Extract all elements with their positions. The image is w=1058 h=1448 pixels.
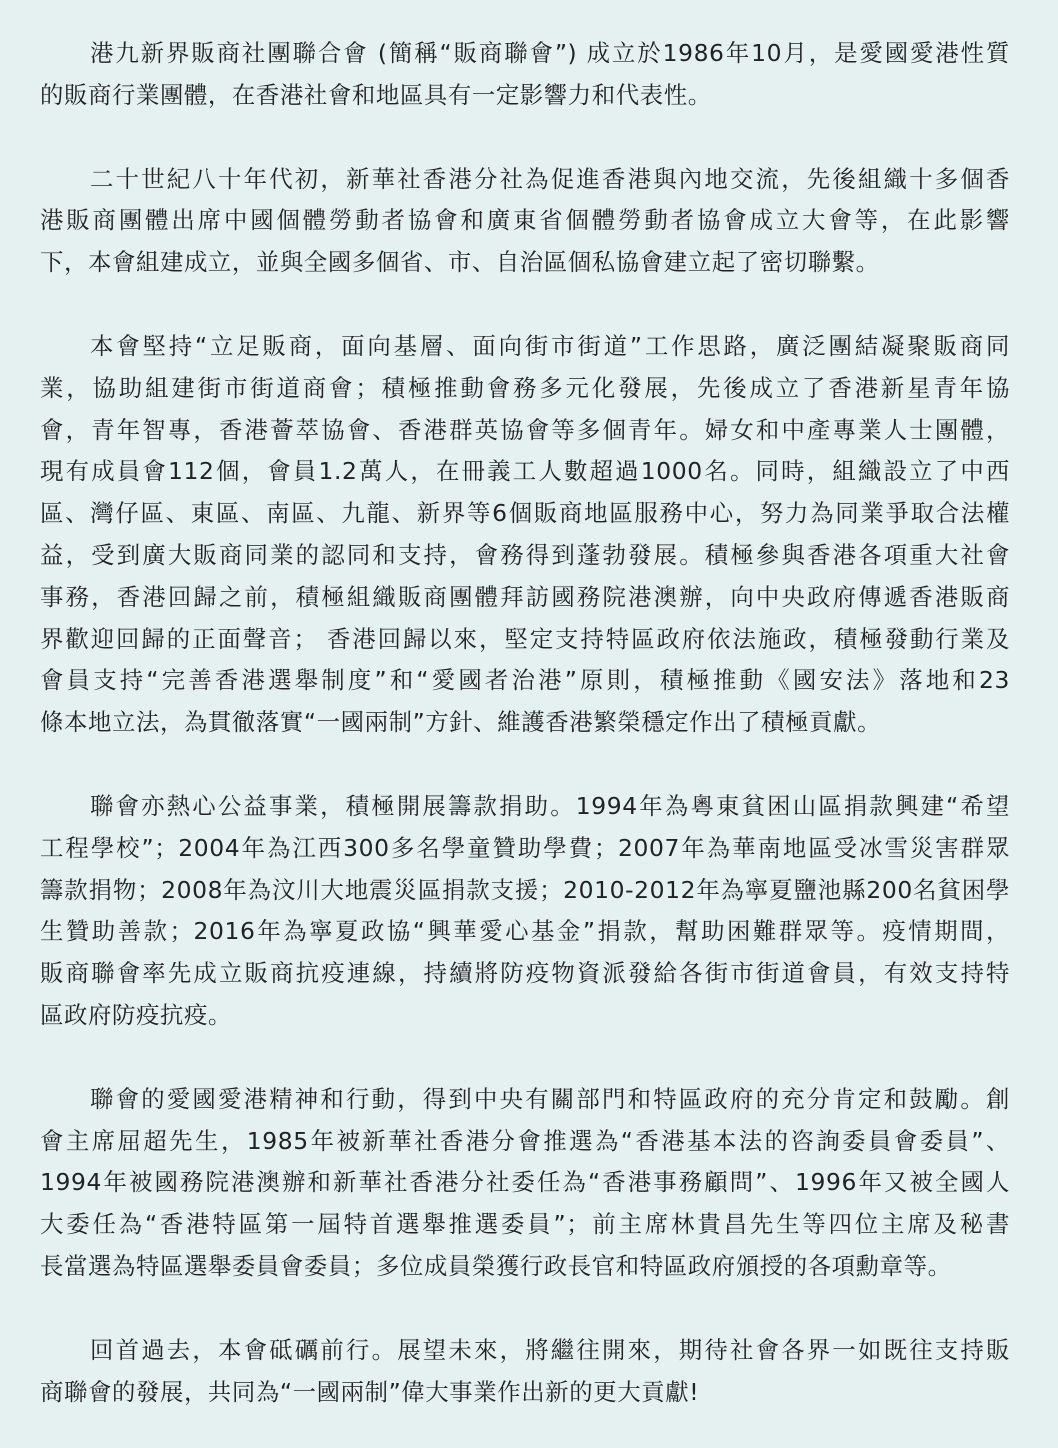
text-line: 益，受到廣大販商同業的認同和支持，會務得到蓬勃發展。積極參與香港各項重大社會: [40, 535, 1010, 577]
paragraph-founding: 港九新界販商社團聯合會 (簡稱“販商聯會”) 成立於1986年10月，是愛國愛港…: [40, 33, 1010, 117]
text-line: 會員支持“完善香港選舉制度”和“愛國者治港”原則，積極推動《國安法》落地和23: [40, 660, 1010, 702]
text-line: 業，協助組建街市街道商會；積極推動會務多元化發展，先後成立了香港新星青年協: [40, 368, 1010, 410]
paragraph-history: 二十世紀八十年代初，新華社香港分社為促進香港與內地交流，先後組織十多個香 港販商…: [40, 159, 1010, 284]
text-line: 販商聯會率先成立販商抗疫連線，持續將防疫物資派發給各街市街道會員，有效支持特: [40, 953, 1010, 995]
document-body: 港九新界販商社團聯合會 (簡稱“販商聯會”) 成立於1986年10月，是愛國愛港…: [0, 0, 1058, 1448]
text-line: 籌款捐物；2008年為汶川大地震災區捐款支援；2010-2012年為寧夏鹽池縣2…: [40, 870, 1010, 912]
text-line: 本會堅持“立足販商，面向基層、面向街市街道”工作思路，廣泛團結凝聚販商同: [40, 326, 1010, 368]
text-line: 港販商團體出席中國個體勞動者協會和廣東省個體勞動者協會成立大會等，在此影響: [40, 200, 1010, 242]
text-line: 條本地立法，為貫徹落實“一國兩制”方針、維護香港繁榮穩定作出了積極貢獻。: [40, 702, 1010, 744]
text-line: 的販商行業團體，在香港社會和地區具有一定影響力和代表性。: [40, 75, 1010, 117]
text-line: 二十世紀八十年代初，新華社香港分社為促進香港與內地交流，先後組織十多個香: [40, 159, 1010, 201]
text-line: 商聯會的發展，共同為“一國兩制”偉大事業作出新的更大貢獻!: [40, 1372, 1010, 1414]
text-line: 生贊助善款；2016年為寧夏政協“興華愛心基金”捐款，幫助困難群眾等。疫情期間，: [40, 911, 1010, 953]
text-line: 港九新界販商社團聯合會 (簡稱“販商聯會”) 成立於1986年10月，是愛國愛港…: [40, 33, 1010, 75]
paragraph-recognition: 聯會的愛國愛港精神和行動，得到中央有關部門和特區政府的充分肯定和鼓勵。創 會主席…: [40, 1079, 1010, 1288]
text-line: 回首過去，本會砥礪前行。展望未來，將繼往開來，期待社會各界一如既往支持販: [40, 1330, 1010, 1372]
text-line: 現有成員會112個，會員1.2萬人，在冊義工人數超過1000名。同時，組織設立了…: [40, 451, 1010, 493]
paragraph-mission: 本會堅持“立足販商，面向基層、面向街市街道”工作思路，廣泛團結凝聚販商同 業，協…: [40, 326, 1010, 744]
text-line: 界歡迎回歸的正面聲音； 香港回歸以來，堅定支持特區政府依法施政，積極發動行業及: [40, 619, 1010, 661]
paragraph-charity: 聯會亦熱心公益事業，積極開展籌款捐助。1994年為粵東貧困山區捐款興建“希望 工…: [40, 786, 1010, 1037]
text-line: 區、灣仔區、東區、南區、九龍、新界等6個販商地區服務中心，努力為同業爭取合法權: [40, 493, 1010, 535]
text-line: 事務，香港回歸之前，積極組織販商團體拜訪國務院港澳辦，向中央政府傳遞香港販商: [40, 577, 1010, 619]
text-line: 工程學校”；2004年為江西300多名學童贊助學費；2007年為華南地區受冰雪災…: [40, 828, 1010, 870]
text-line: 下，本會組建成立，並與全國多個省、市、自治區個私協會建立起了密切聯繫。: [40, 242, 1010, 284]
paragraph-outlook: 回首過去，本會砥礪前行。展望未來，將繼往開來，期待社會各界一如既往支持販 商聯會…: [40, 1330, 1010, 1414]
text-line: 1994年被國務院港澳辦和新華社香港分社委任為“香港事務顧問”、1996年又被全…: [40, 1162, 1010, 1204]
text-line: 大委任為“香港特區第一屆特首選舉推選委員”；前主席林貴昌先生等四位主席及秘書: [40, 1204, 1010, 1246]
text-line: 會，青年智專，香港薈萃協會、香港群英協會等多個青年。婦女和中產專業人士團體，: [40, 410, 1010, 452]
text-line: 會主席屈超先生，1985年被新華社香港分會推選為“香港基本法的咨詢委員會委員”、: [40, 1121, 1010, 1163]
text-line: 聯會亦熱心公益事業，積極開展籌款捐助。1994年為粵東貧困山區捐款興建“希望: [40, 786, 1010, 828]
text-line: 聯會的愛國愛港精神和行動，得到中央有關部門和特區政府的充分肯定和鼓勵。創: [40, 1079, 1010, 1121]
text-line: 長當選為特區選舉委員會委員；多位成員榮獲行政長官和特區政府頒授的各項勳章等。: [40, 1246, 1010, 1288]
text-line: 區政府防疫抗疫。: [40, 995, 1010, 1037]
